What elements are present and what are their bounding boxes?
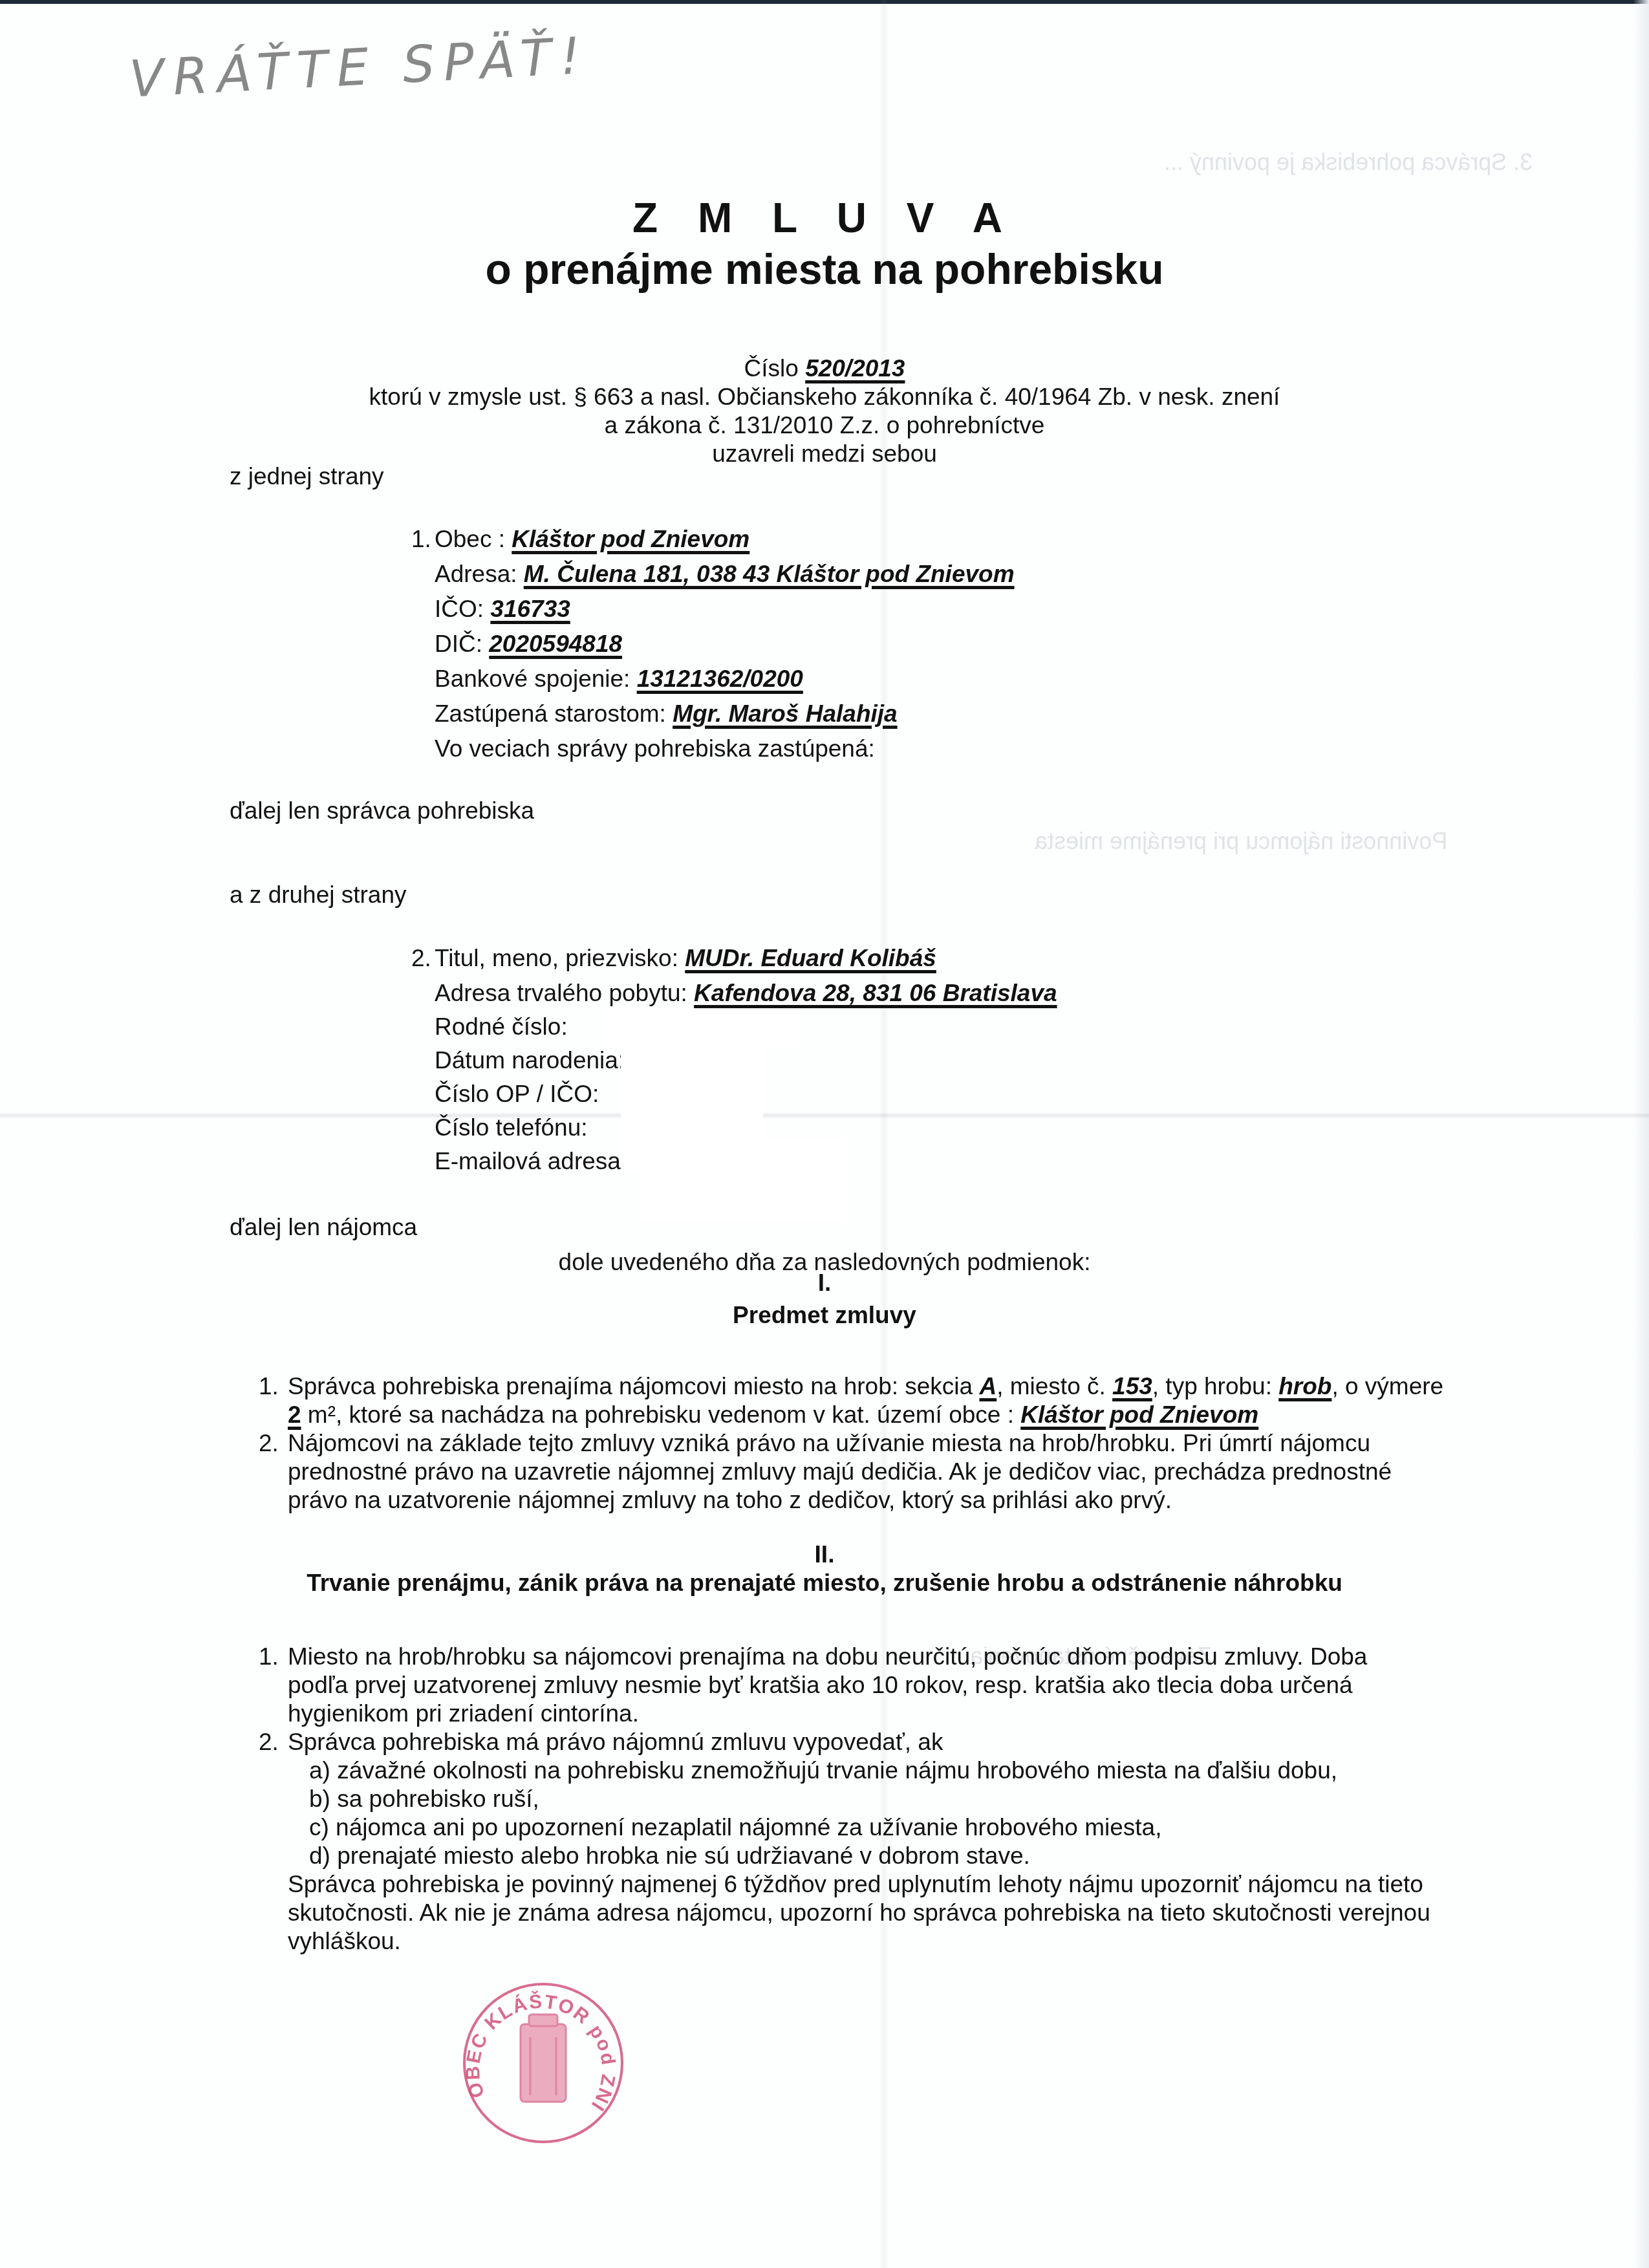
party2-field: Adresa trvalého pobytu: Kafendova 28, 83…: [435, 979, 1057, 1008]
party2-field: Dátum narodenia:: [435, 1046, 625, 1075]
section2-item2-text: Správca pohrebiska má právo nájomnú zmlu…: [288, 1728, 943, 1756]
section1-item1-number: 1.: [259, 1372, 279, 1401]
party2-intro: a z druhej strany: [230, 881, 407, 909]
section2-item1-line: hygienikom pri zriadení cintorína.: [288, 1700, 639, 1728]
section2-heading: Trvanie prenájmu, zánik práva na prenaja…: [0, 1569, 1649, 1597]
miesto-value: 153: [1112, 1373, 1152, 1399]
section2-subitem: c) nájomca ani po upozornení nezaplatil …: [309, 1813, 1161, 1842]
section1-item2-number: 2.: [259, 1429, 279, 1458]
party1-dic-value: 2020594818: [489, 631, 622, 657]
municipal-stamp-icon: OBEC KLÁŠTOR pod ZNIEVOM: [459, 1979, 627, 2147]
party1-obec-value: Kláštor pod Znievom: [512, 526, 749, 552]
party2-name-value: MUDr. Eduard Kolibáš: [685, 945, 936, 971]
section2-subitem: a) závažné okolnosti na pohrebisku znemo…: [309, 1756, 1337, 1785]
party2-number: 2.: [411, 944, 431, 973]
paper-fold-vertical: [879, 0, 889, 2268]
section2-item1-line: podľa prvej uzatvorenej zmluvy nesmie by…: [288, 1671, 1353, 1700]
legal-basis-line1: ktorú v zmysle ust. § 663 a nasl. Občian…: [0, 383, 1649, 411]
section1-item2-line: Nájomcovi na základe tejto zmluvy vzniká…: [288, 1429, 1370, 1458]
scan-top-edge: [0, 0, 1649, 4]
party1-field: IČO: 316733: [435, 595, 570, 623]
handwritten-note: VRÁŤTE SPÄŤ!: [128, 27, 591, 109]
party1-mayor-value: Mgr. Maroš Halahija: [673, 700, 898, 727]
party1-intro: z jednej strany: [230, 462, 384, 491]
party2-field: E-mailová adresa:: [435, 1147, 627, 1176]
section2-item2-number: 2.: [259, 1728, 279, 1756]
section2-closing-line: skutočnosti. Ak nie je známa adresa nájo…: [288, 1899, 1430, 1927]
typ-hrobu-value: hrob: [1278, 1373, 1331, 1399]
party1-field: DIČ: 2020594818: [435, 630, 622, 658]
section2-closing-line: Správca pohrebiska je povinný najmenej 6…: [288, 1870, 1423, 1899]
section2-closing-line: vyhláškou.: [288, 1927, 401, 1956]
contract-number-value: 520/2013: [805, 355, 905, 382]
section1-item2-line: právo na uzatvorenie nájomnej zmluvy na …: [288, 1486, 1172, 1515]
section1-numeral: I.: [0, 1269, 1649, 1297]
section1-item2-line: prednostné právo na uzavretie nájomnej z…: [288, 1458, 1392, 1486]
party2-outro: ďalej len nájomca: [230, 1213, 417, 1242]
party2-field: Rodné číslo:: [435, 1013, 568, 1041]
party2-address-value: Kafendova 28, 831 06 Bratislava: [694, 980, 1057, 1006]
obec-value: Kláštor pod Znievom: [1020, 1401, 1258, 1428]
contract-number: Číslo 520/2013: [0, 354, 1649, 383]
document-subtitle: o prenájme miesta na pohrebisku: [0, 244, 1649, 294]
party1-field: Adresa: M. Čulena 181, 038 43 Kláštor po…: [435, 560, 1015, 589]
party1-bank-value: 13121362/0200: [637, 665, 803, 692]
party1-ico-value: 316733: [490, 596, 570, 622]
paper-fold-horizontal: [0, 1112, 1649, 1119]
party1-field: Vo veciach správy pohrebiska zastúpená:: [435, 735, 875, 763]
section1-item1-line2: 2 m², ktoré sa nachádza na pohrebisku ve…: [288, 1401, 1258, 1429]
sekcia-value: A: [979, 1373, 997, 1399]
party1-field: Obec : Kláštor pod Znievom: [435, 525, 749, 554]
section2-item1-line: Miesto na hrob/hrobku sa nájomcovi prena…: [288, 1643, 1367, 1671]
party1-outro: ďalej len správca pohrebiska: [230, 797, 534, 825]
section2-subitem: d) prenajaté miesto alebo hrobka nie sú …: [309, 1842, 1030, 1870]
section2-subitem: b) sa pohrebisko ruší,: [309, 1785, 539, 1813]
party1-address-value: M. Čulena 181, 038 43 Kláštor pod Znievo…: [524, 561, 1015, 587]
document-title: Z M L U V A: [0, 194, 1649, 242]
legal-basis-line2: a zákona č. 131/2010 Z.z. o pohrebníctve: [0, 411, 1649, 440]
party2-field: Číslo telefónu:: [435, 1114, 588, 1142]
party1-field: Bankové spojenie: 13121362/0200: [435, 665, 803, 693]
party2-field: Titul, meno, priezvisko: MUDr. Eduard Ko…: [435, 944, 936, 973]
bleed-through-text: 3. Správca pohrebiska je povinný ...: [1164, 149, 1533, 176]
party1-field: Zastúpená starostom: Mgr. Maroš Halahija: [435, 700, 898, 728]
section1-item1-line1: Správca pohrebiska prenajíma nájomcovi m…: [288, 1372, 1443, 1401]
vymera-value: 2: [288, 1401, 301, 1428]
scan-right-edge: [1633, 0, 1649, 2268]
party1-number: 1.: [411, 525, 431, 554]
section1-heading: Predmet zmluvy: [0, 1301, 1649, 1330]
bleed-through-text: Povinnosti nájomcu pri prenájme miesta: [1035, 828, 1447, 855]
section2-item1-number: 1.: [259, 1643, 279, 1671]
section2-numeral: II.: [0, 1540, 1649, 1569]
party2-field: Číslo OP / IČO:: [435, 1080, 599, 1108]
